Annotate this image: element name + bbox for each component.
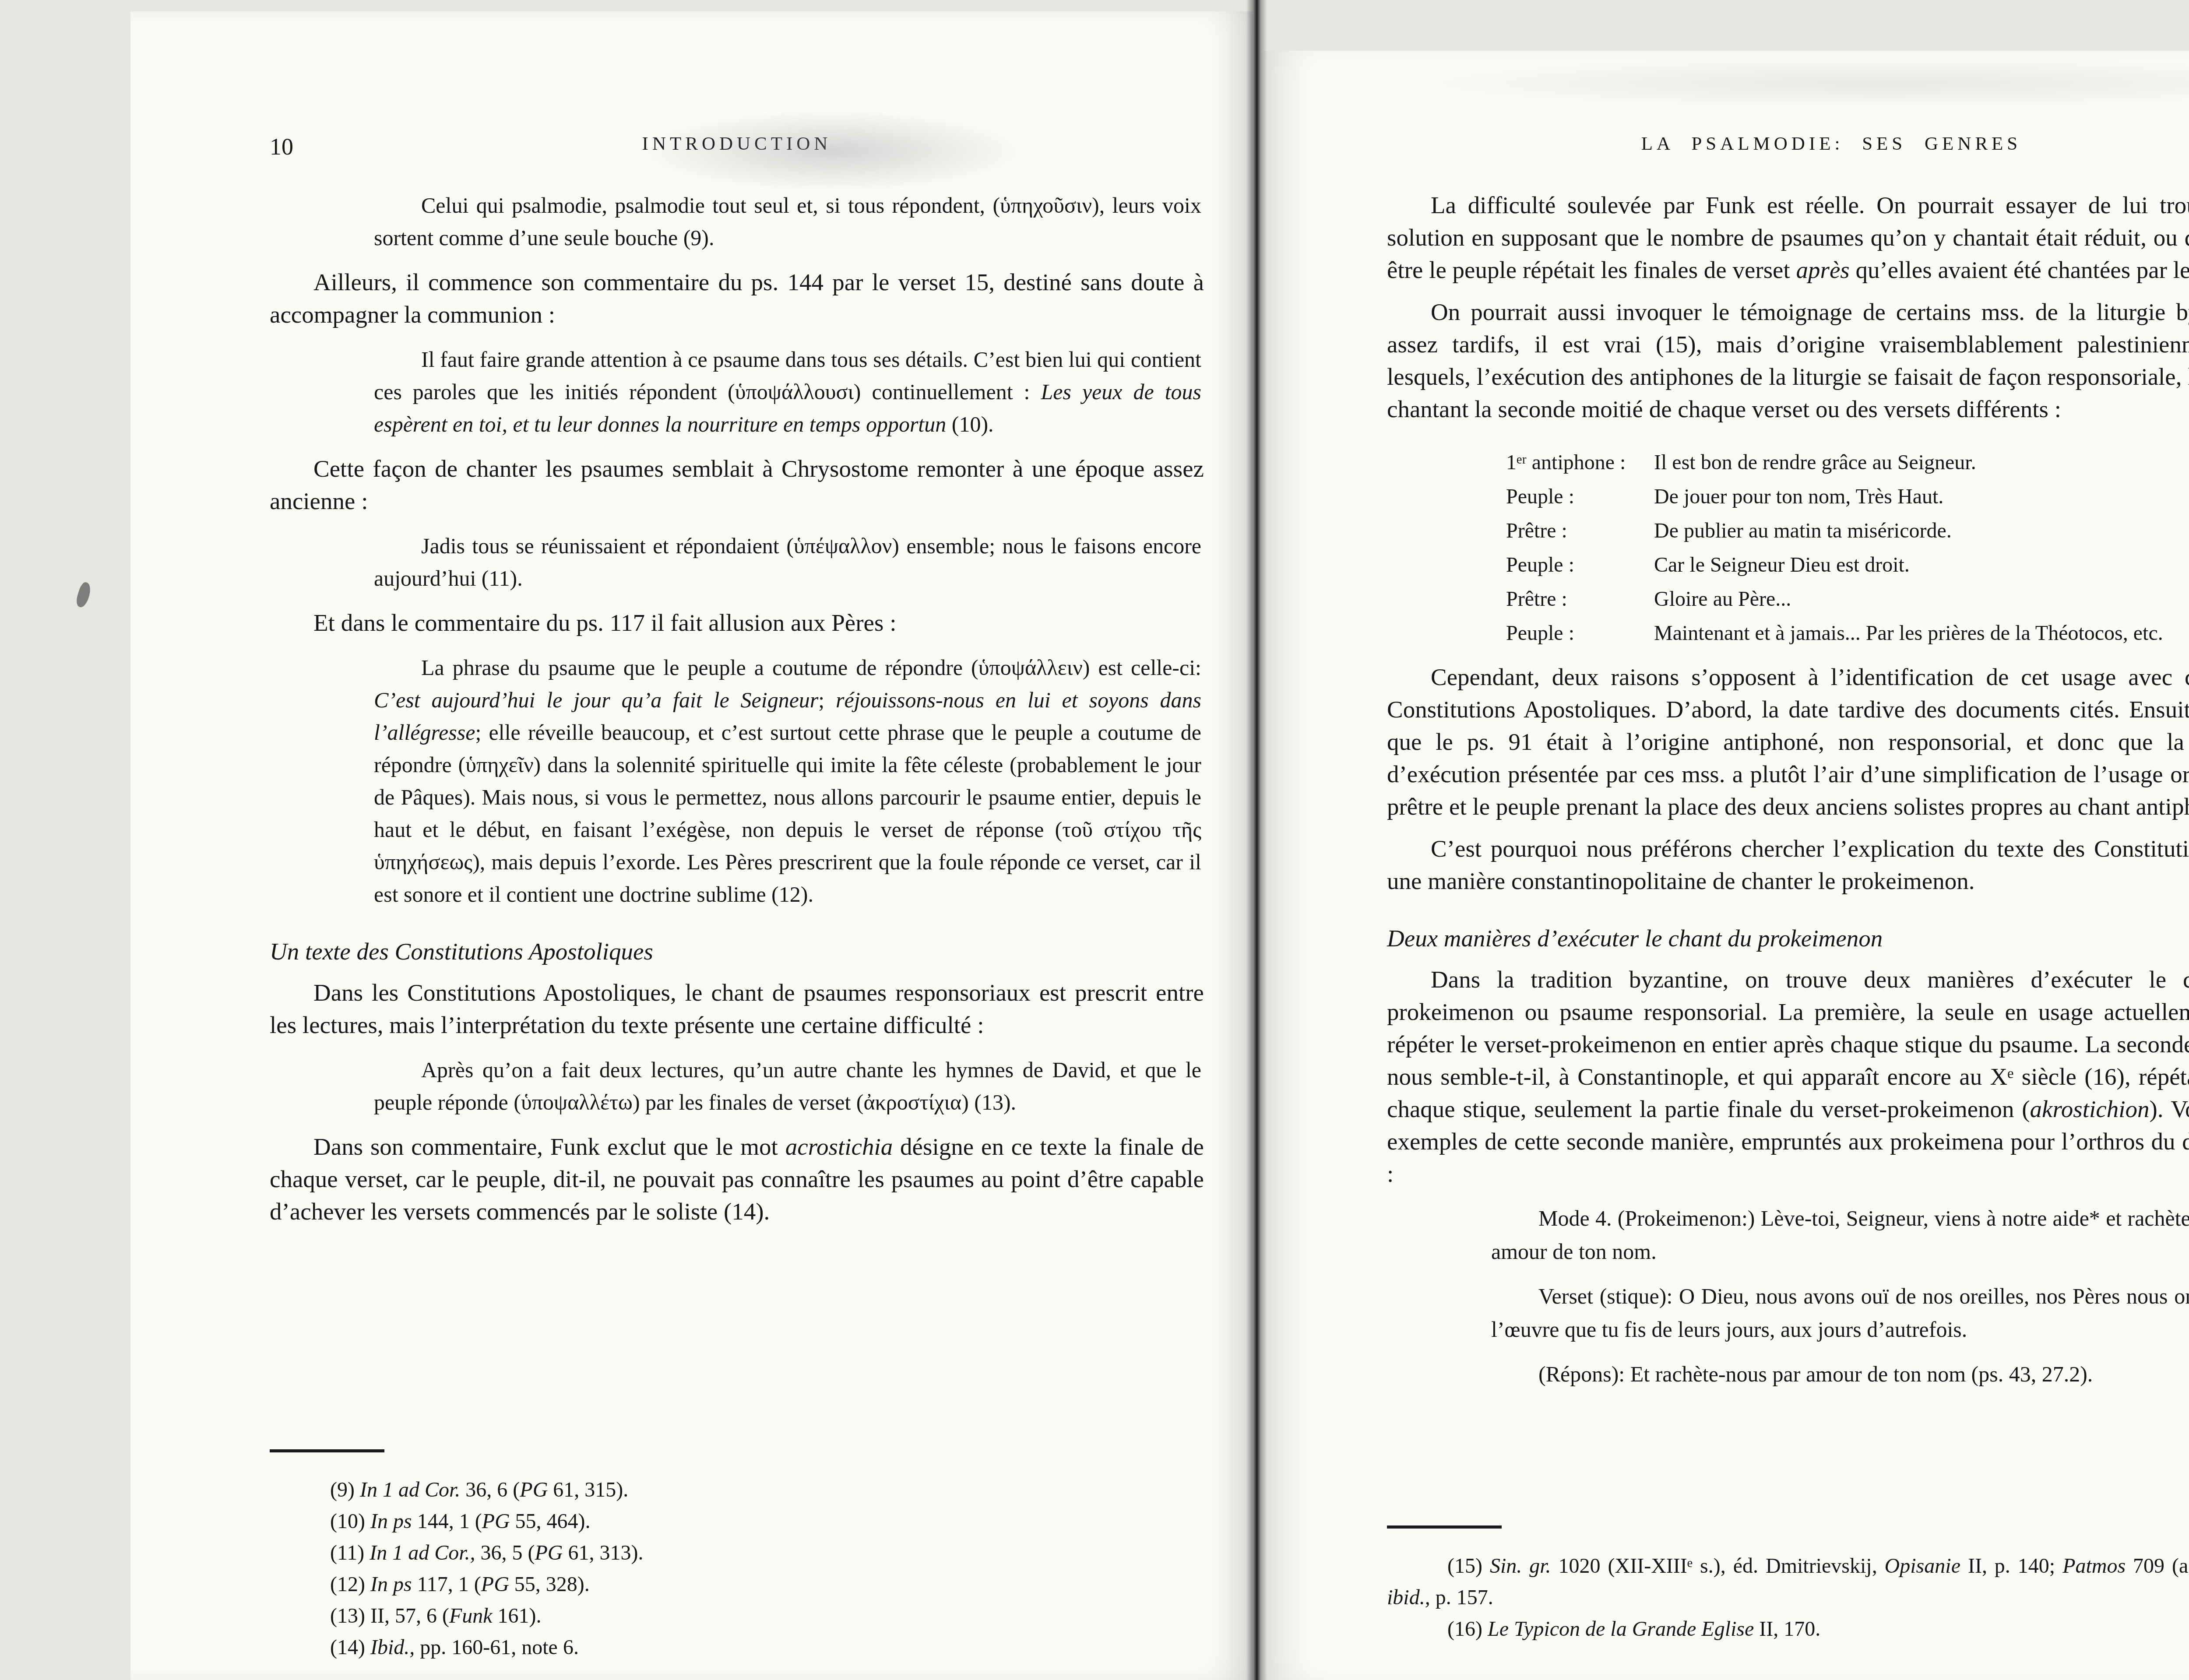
gutter-shadow <box>1246 0 1267 1680</box>
text-run: Celui qui psalmodie, psalmodie tout seul… <box>374 193 1201 250</box>
text-run: 144, 1 ( <box>412 1510 482 1533</box>
block-quote: La phrase du psaume que le peuple a cout… <box>374 651 1201 910</box>
text-run-italic: In ps <box>370 1573 412 1596</box>
dialogue-text: De publier au matin ta miséricorde. <box>1654 514 1952 548</box>
left-page: 10 INTRODUCTION Celui qui psalmodie, psa… <box>130 11 1253 1680</box>
text-run: (9) <box>330 1478 360 1501</box>
footnote-rule <box>270 1449 384 1452</box>
text-run: (14) <box>330 1636 370 1659</box>
running-header: LA PSALMODIE: SES GENRES <box>1387 133 2189 155</box>
dialogue-line: Prêtre :Gloire au Père... <box>1506 582 2189 616</box>
paragraph: On pourrait aussi invoquer le témoignage… <box>1387 296 2189 425</box>
text-run-italic: acrostichia <box>785 1133 893 1160</box>
text-run-italic: PG <box>481 1573 509 1596</box>
text-run: C’est pourquoi nous préférons chercher l… <box>1387 835 2189 894</box>
paragraph: La difficulté soulevée par Funk est réel… <box>1387 189 2189 286</box>
text-run: ; elle réveille beaucoup, et c’est surto… <box>374 720 1201 907</box>
paragraph: C’est pourquoi nous préférons chercher l… <box>1387 833 2189 897</box>
block-quote: Il faut faire grande attention à ce psau… <box>374 343 1201 440</box>
text-run: (12) <box>330 1573 370 1596</box>
left-running-head: 10 INTRODUCTION <box>270 133 1204 160</box>
text-run: ; <box>818 688 836 712</box>
text-run: Mode 4. (Prokeimenon:) Lève-toi, Seigneu… <box>1491 1206 2189 1264</box>
text-run: (16) <box>1447 1617 1488 1641</box>
text-run: Et dans le commentaire du ps. 117 il fai… <box>313 609 896 636</box>
text-run: 36, 6 ( <box>460 1478 520 1501</box>
text-run: Un texte des Constitutions Apostoliques <box>270 938 653 965</box>
text-run-italic: In ps <box>370 1510 412 1533</box>
dialogue-line: Peuple :Car le Seigneur Dieu est droit. <box>1506 548 2189 582</box>
chant-example: Mode 4. (Prokeimenon:) Lève-toi, Seigneu… <box>1491 1202 2189 1268</box>
footnote: (11) In 1 ad Cor., 36, 5 (PG 61, 313). <box>270 1537 1204 1569</box>
left-text-column: 10 INTRODUCTION Celui qui psalmodie, psa… <box>270 133 1204 1228</box>
dialogue-speaker: Peuple : <box>1506 548 1654 582</box>
text-run-italic: PG <box>520 1478 548 1501</box>
text-run: p. 157. <box>1430 1586 1493 1609</box>
text-run-italic: Patmos <box>2062 1554 2126 1578</box>
dialogue-speaker: 1ᵉʳ antiphone : <box>1506 446 1654 480</box>
dialogue-text: Car le Seigneur Dieu est droit. <box>1654 548 1910 582</box>
paragraph: Dans les Constitutions Apostoliques, le … <box>270 977 1204 1041</box>
dialogue-text: Maintenant et à jamais... Par les prière… <box>1654 616 2163 650</box>
paragraph: Dans la tradition byzantine, on trouve d… <box>1387 963 2189 1190</box>
text-run-italic: PG <box>482 1510 510 1533</box>
text-run: II, p. 140; <box>1960 1554 2062 1578</box>
text-run-italic: In 1 ad Cor. <box>360 1478 460 1501</box>
paragraph: Cependant, deux raisons s’opposent à l’i… <box>1387 661 2189 823</box>
text-run: 709 (a.D. 1260), <box>2126 1554 2189 1578</box>
dialogue-text: De jouer pour ton nom, Très Haut. <box>1654 480 1943 514</box>
text-run: 55, 464). <box>510 1510 591 1533</box>
footnote: (10) In ps 144, 1 (PG 55, 464). <box>270 1506 1204 1537</box>
footnote: (16) Le Typicon de la Grande Eglise II, … <box>1387 1613 2189 1645</box>
paragraph: Cette façon de chanter les psaumes sembl… <box>270 453 1204 517</box>
text-run: (10). <box>946 412 993 436</box>
text-run: 55, 328). <box>509 1573 590 1596</box>
block-quote: Jadis tous se réunissaient et répondaien… <box>374 530 1201 594</box>
text-run: On pourrait aussi invoquer le témoignage… <box>1387 299 2189 422</box>
text-run: Jadis tous se réunissaient et répondaien… <box>374 534 1201 590</box>
text-run-italic: C’est aujourd’hui le jour qu’a fait le S… <box>374 688 818 712</box>
text-run-italic: Ibid., <box>370 1636 415 1659</box>
text-run: Deux manières d’exécuter le chant du pro… <box>1387 925 1883 952</box>
text-run: (13) II, 57, 6 ( <box>330 1604 449 1627</box>
right-running-head: LA PSALMODIE: SES GENRES 11 <box>1387 133 2189 160</box>
section-heading: Deux manières d’exécuter le chant du pro… <box>1387 924 2189 952</box>
footnote: (12) In ps 117, 1 (PG 55, 328). <box>270 1569 1204 1600</box>
dialogue-line: 1ᵉʳ antiphone :Il est bon de rendre grâc… <box>1506 446 2189 480</box>
footnote: (15) Sin. gr. 1020 (XII-XIIIᵉ s.), éd. D… <box>1387 1550 2189 1613</box>
footnote: (13) II, 57, 6 (Funk 161). <box>270 1600 1204 1632</box>
dialogue-line: Peuple :De jouer pour ton nom, Très Haut… <box>1506 480 2189 514</box>
text-run: 61, 313). <box>563 1541 644 1564</box>
text-run: (10) <box>330 1510 370 1533</box>
text-run: (Répons): Et rachète-nous par amour de t… <box>1538 1362 2093 1386</box>
text-run: pp. 160-61, note 6. <box>415 1636 579 1659</box>
text-run: qu’elles avaient été chantées par le sol… <box>1850 257 2189 283</box>
footnote-rule <box>1387 1525 1502 1529</box>
text-run-italic: akrostichion <box>2030 1096 2150 1122</box>
dialogue-speaker: Peuple : <box>1506 616 1654 650</box>
section-heading: Un texte des Constitutions Apostoliques <box>270 938 1204 965</box>
text-run-italic: Funk <box>449 1604 493 1627</box>
text-run-italic: ibid., <box>1387 1586 1430 1609</box>
paragraph: Ailleurs, il commence son commentaire du… <box>270 266 1204 331</box>
text-run-italic: après <box>1796 257 1850 283</box>
text-run-italic: In 1 ad Cor., <box>370 1541 475 1564</box>
dialogue-block: 1ᵉʳ antiphone :Il est bon de rendre grâc… <box>1506 446 2189 650</box>
text-run: 161). <box>493 1604 542 1627</box>
text-run: Verset (stique): O Dieu, nous avons ouï … <box>1491 1284 2189 1342</box>
text-run: II, 170. <box>1754 1617 1820 1641</box>
footnote: (9) In 1 ad Cor. 36, 6 (PG 61, 315). <box>270 1474 1204 1506</box>
dialogue-speaker: Prêtre : <box>1506 514 1654 548</box>
chant-example: (Répons): Et rachète-nous par amour de t… <box>1491 1357 2189 1391</box>
dialogue-speaker: Peuple : <box>1506 480 1654 514</box>
running-header: INTRODUCTION <box>270 133 1204 155</box>
dialogue-text: Gloire au Père... <box>1654 582 1791 616</box>
text-run: 117, 1 ( <box>412 1573 481 1596</box>
chant-example: Verset (stique): O Dieu, nous avons ouï … <box>1491 1279 2189 1346</box>
text-run: 36, 5 ( <box>475 1541 535 1564</box>
text-run: (15) <box>1447 1554 1490 1578</box>
text-run: Ailleurs, il commence son commentaire du… <box>270 269 1204 328</box>
dialogue-line: Peuple :Maintenant et à jamais... Par le… <box>1506 616 2189 650</box>
paragraph: Et dans le commentaire du ps. 117 il fai… <box>270 607 1204 639</box>
text-run: Dans les Constitutions Apostoliques, le … <box>270 979 1204 1038</box>
text-run-italic: Sin. gr. <box>1490 1554 1551 1578</box>
dialogue-text: Il est bon de rendre grâce au Seigneur. <box>1654 446 1976 480</box>
right-page: LA PSALMODIE: SES GENRES 11 La difficult… <box>1263 51 2189 1680</box>
dialogue-line: Prêtre :De publier au matin ta miséricor… <box>1506 514 2189 548</box>
right-text-column: LA PSALMODIE: SES GENRES 11 La difficult… <box>1387 133 2189 1391</box>
text-run: Après qu’on a fait deux lectures, qu’un … <box>374 1058 1201 1114</box>
block-quote: Après qu’on a fait deux lectures, qu’un … <box>374 1054 1201 1118</box>
text-run: Cependant, deux raisons s’opposent à l’i… <box>1387 664 2189 820</box>
text-run: (11) <box>330 1541 370 1564</box>
scan-mark <box>74 581 93 608</box>
text-run-italic: Le Typicon de la Grande Eglise <box>1488 1617 1754 1641</box>
dialogue-speaker: Prêtre : <box>1506 582 1654 616</box>
paragraph: Dans son commentaire, Funk exclut que le… <box>270 1131 1204 1228</box>
footnote: (14) Ibid., pp. 160-61, note 6. <box>270 1632 1204 1663</box>
text-run-italic: Opisanie <box>1885 1554 1960 1578</box>
right-footnotes: (15) Sin. gr. 1020 (XII-XIIIᵉ s.), éd. D… <box>1387 1525 2189 1645</box>
block-quote: Celui qui psalmodie, psalmodie tout seul… <box>374 189 1201 254</box>
text-run: Dans son commentaire, Funk exclut que le… <box>313 1133 785 1160</box>
text-run: 61, 315). <box>548 1478 628 1501</box>
text-run: La phrase du psaume que le peuple a cout… <box>421 655 1201 680</box>
left-footnotes: (9) In 1 ad Cor. 36, 6 (PG 61, 315). (10… <box>270 1449 1204 1663</box>
text-run-italic: PG <box>535 1541 563 1564</box>
text-run: Cette façon de chanter les psaumes sembl… <box>270 455 1204 514</box>
text-run: 1020 (XII-XIIIᵉ s.), éd. Dmitrievskij, <box>1551 1554 1885 1578</box>
